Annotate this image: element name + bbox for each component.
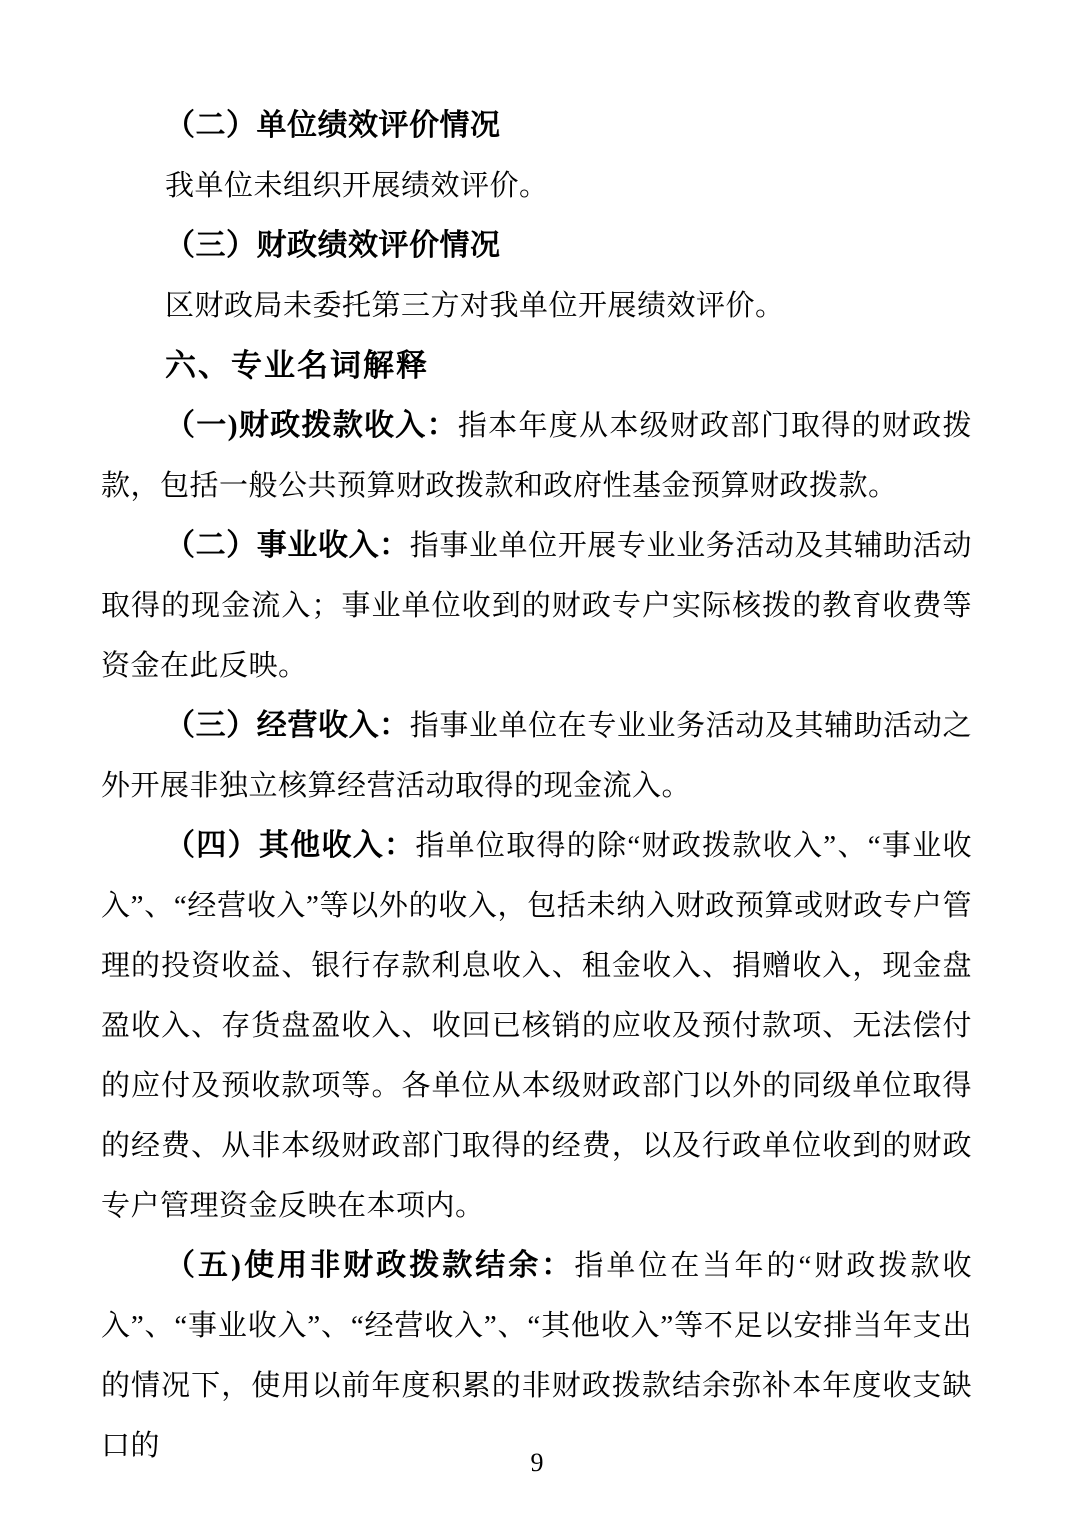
term-paragraph-fiscal-appropriation-income: （一)财政拨款收入：指本年度从本级财政部门取得的财政拨款，包括一般公共预算财政拨… xyxy=(101,396,972,516)
section-heading-terms: 六、专业名词解释 xyxy=(101,336,972,396)
term-paragraph-non-fiscal-surplus: （五)使用非财政拨款结余：指单位在当年的“财政拨款收入”、“事业收入”、“经营收… xyxy=(101,1236,972,1476)
paragraph-fiscal-performance: 区财政局未委托第三方对我单位开展绩效评价。 xyxy=(101,276,972,336)
section-heading-fiscal-performance: （三）财政绩效评价情况 xyxy=(101,216,972,276)
term-paragraph-business-income: （三）经营收入：指事业单位在专业业务活动及其辅助活动之外开展非独立核算经营活动取… xyxy=(101,696,972,816)
term-lead-non-fiscal-surplus: （五)使用非财政拨款结余： xyxy=(165,1249,574,1282)
page-number: 9 xyxy=(0,1448,1074,1478)
term-lead-fiscal-appropriation-income: （一)财政拨款收入： xyxy=(165,409,458,442)
section-heading-unit-performance: （二）单位绩效评价情况 xyxy=(101,96,972,156)
term-lead-other-income: （四）其他收入： xyxy=(165,829,415,862)
term-body-other-income: 指单位取得的除“财政拨款收入”、“事业收入”、“经营收入”等以外的收入，包括未纳… xyxy=(101,830,972,1222)
document-page: （二）单位绩效评价情况 我单位未组织开展绩效评价。 （三）财政绩效评价情况 区财… xyxy=(0,0,1074,1520)
term-paragraph-other-income: （四）其他收入：指单位取得的除“财政拨款收入”、“事业收入”、“经营收入”等以外… xyxy=(101,816,972,1236)
paragraph-unit-performance: 我单位未组织开展绩效评价。 xyxy=(101,156,972,216)
term-lead-operating-income: （二）事业收入： xyxy=(165,529,410,562)
term-lead-business-income: （三）经营收入： xyxy=(165,709,410,742)
term-paragraph-operating-income: （二）事业收入：指事业单位开展专业业务活动及其辅助活动取得的现金流入；事业单位收… xyxy=(101,516,972,696)
